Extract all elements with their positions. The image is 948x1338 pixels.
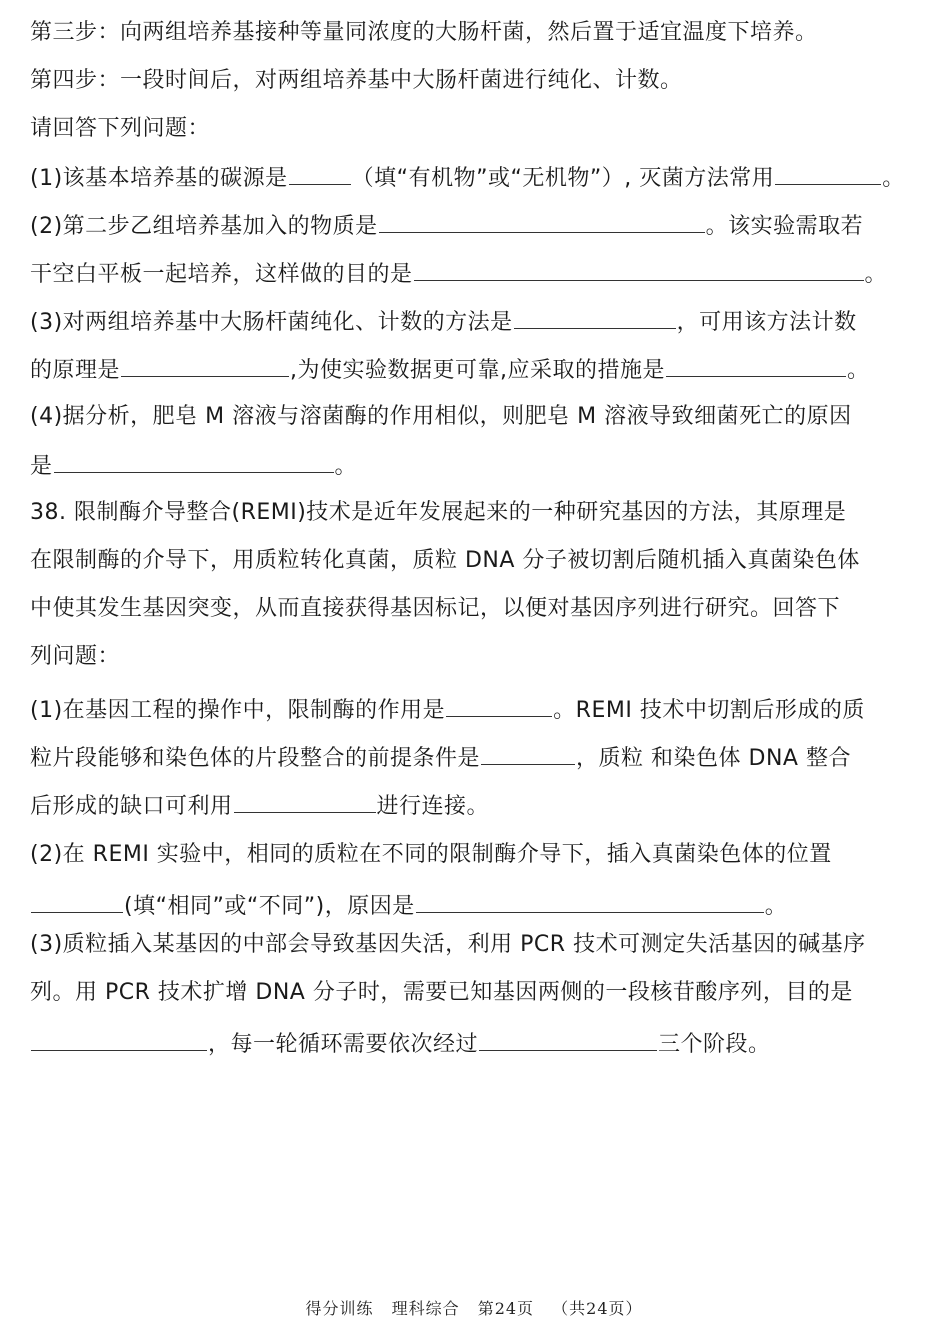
q37-part4-text: 是 [30, 454, 53, 479]
punctuation: 。 [882, 166, 905, 191]
step-four-text: 第四步：一段时间后，对两组培养基中大肠杆菌进行纯化、计数。 [30, 66, 683, 96]
question-prompt: 请回答下列问题： [30, 114, 210, 144]
answer-blank[interactable] [775, 162, 881, 185]
q38-stem-line2: 在限制酶的介导下，用质粒转化真菌，质粒 DNA 分子被切割后随机插入真菌染色体 [30, 546, 860, 576]
answer-blank[interactable] [479, 1028, 657, 1051]
answer-blank[interactable] [289, 162, 351, 185]
answer-blank[interactable] [514, 306, 676, 329]
answer-blank[interactable] [379, 210, 705, 233]
footer-page-number: 第24页 [478, 1299, 534, 1318]
q38-part2-cont: (填“相同”或“不同”)，原因是。 [30, 890, 787, 922]
footer-series: 得分训练 [305, 1299, 373, 1318]
answer-blank[interactable] [666, 354, 846, 377]
answer-blank[interactable] [446, 694, 552, 717]
punctuation: 。 [847, 358, 870, 383]
answer-blank[interactable] [31, 890, 123, 913]
q37-part2: (2)第二步乙组培养基加入的物质是。该实验需取若 [30, 210, 863, 242]
q37-part3-text-2: ，可用该方法计数 [677, 310, 857, 335]
q38-part3-text: ，每一轮循环需要依次经过 [208, 1032, 478, 1057]
punctuation: 。 [865, 262, 888, 287]
q37-part2-cont: 干空白平板一起培养，这样做的目的是。 [30, 258, 887, 290]
q38-part1-cont: 粒片段能够和染色体的片段整合的前提条件是，质粒 和染色体 DNA 整合 [30, 742, 851, 774]
footer-total-pages: （共24页） [552, 1299, 642, 1318]
q37-part3: (3)对两组培养基中大肠杆菌纯化、计数的方法是，可用该方法计数 [30, 306, 857, 338]
answer-blank[interactable] [414, 258, 864, 281]
q37-part2-text-3: 干空白平板一起培养，这样做的目的是 [30, 262, 413, 287]
q38-part1-text-6: 进行连接。 [377, 794, 490, 819]
q37-part3-cont: 的原理是,为使实验数据更可靠,应采取的措施是。 [30, 354, 870, 386]
answer-blank[interactable] [481, 742, 575, 765]
answer-blank[interactable] [31, 1028, 207, 1051]
q38-stem-line1: 38. 限制酶介导整合(REMI)技术是近年发展起来的一种研究基因的方法，其原理… [30, 498, 846, 528]
answer-blank[interactable] [121, 354, 289, 377]
q38-part1-text-3: 粒片段能够和染色体的片段整合的前提条件是 [30, 746, 480, 771]
q37-part4-cont: 是。 [30, 450, 357, 482]
footer-subject: 理科综合 [392, 1299, 460, 1318]
q37-part2-text: (2)第二步乙组培养基加入的物质是 [30, 214, 378, 239]
answer-blank[interactable] [234, 790, 376, 813]
q38-part1-text-4: ，质粒 和染色体 DNA 整合 [576, 746, 851, 771]
punctuation: 。 [335, 454, 358, 479]
q38-part2-text: (填“相同”或“不同”)，原因是 [124, 894, 415, 919]
q37-part1-text-2: （填“有机物”或“无机物”）, 灭菌方法常用 [352, 166, 775, 191]
q37-part4: (4)据分析，肥皂 M 溶液与溶菌酶的作用相似，则肥皂 M 溶液导致细菌死亡的原… [30, 402, 852, 432]
q38-part2: (2)在 REMI 实验中，相同的质粒在不同的限制酶介导下，插入真菌染色体的位置 [30, 840, 832, 870]
answer-blank[interactable] [54, 450, 334, 473]
q38-part3-text-2: 三个阶段。 [658, 1032, 771, 1057]
answer-blank[interactable] [416, 890, 764, 913]
q37-part1-text: (1)该基本培养基的碳源是 [30, 166, 288, 191]
q38-part3-cont: 列。用 PCR 技术扩增 DNA 分子时，需要已知基因两侧的一段核苷酸序列，目的… [30, 978, 853, 1008]
q38-part1-text-2: 。REMI 技术中切割后形成的质 [553, 698, 865, 723]
q38-part1-text: (1)在基因工程的操作中，限制酶的作用是 [30, 698, 445, 723]
q37-part3-text-3: 的原理是 [30, 358, 120, 383]
q38-part1-cont2: 后形成的缺口可利用进行连接。 [30, 790, 489, 822]
punctuation: 。 [765, 894, 788, 919]
q37-part3-text-4: ,为使实验数据更可靠,应采取的措施是 [290, 358, 665, 383]
q37-part1: (1)该基本培养基的碳源是（填“有机物”或“无机物”）, 灭菌方法常用。 [30, 162, 905, 194]
q38-part3-cont2: ，每一轮循环需要依次经过三个阶段。 [30, 1028, 771, 1060]
q38-stem-line3: 中使其发生基因突变，从而直接获得基因标记，以便对基因序列进行研究。回答下 [30, 594, 840, 624]
page-footer: 得分训练 理科综合 第24页 （共24页） [0, 1296, 948, 1319]
q38-part3: (3)质粒插入某基因的中部会导致基因失活，利用 PCR 技术可测定失活基因的碱基… [30, 930, 866, 960]
step-three-text: 第三步：向两组培养基接种等量同浓度的大肠杆菌，然后置于适宜温度下培养。 [30, 18, 818, 48]
q37-part2-text-2: 。该实验需取若 [706, 214, 864, 239]
q38-part1-text-5: 后形成的缺口可利用 [30, 794, 233, 819]
q38-part1: (1)在基因工程的操作中，限制酶的作用是。REMI 技术中切割后形成的质 [30, 694, 865, 726]
q37-part3-text: (3)对两组培养基中大肠杆菌纯化、计数的方法是 [30, 310, 513, 335]
q38-stem-line4: 列问题： [30, 642, 120, 672]
